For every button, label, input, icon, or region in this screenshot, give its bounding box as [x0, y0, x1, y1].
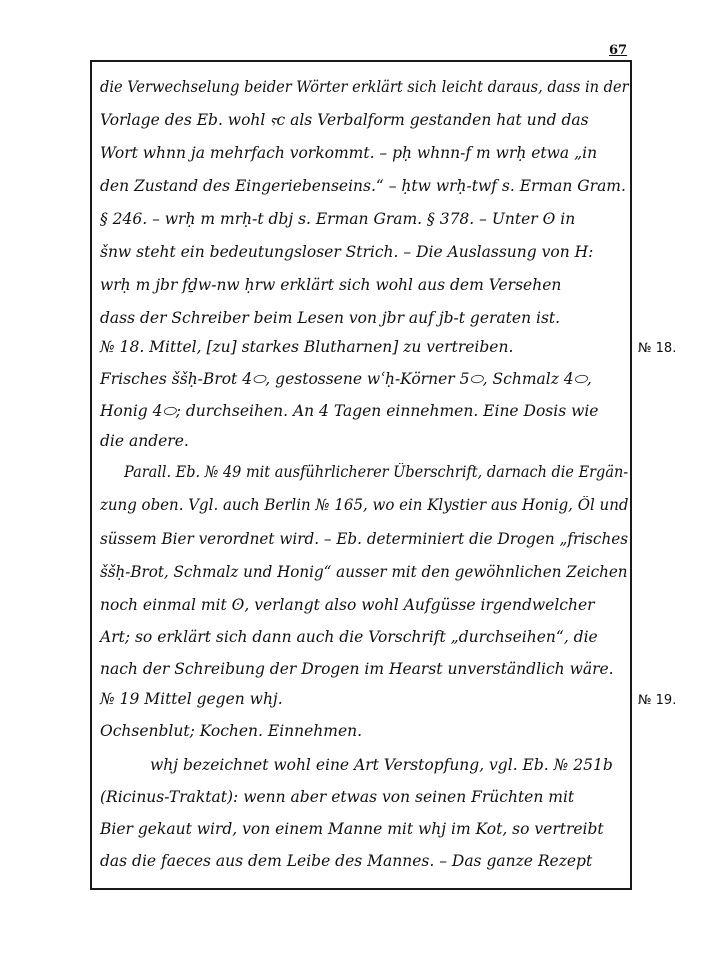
- text-line: wrḥ m jbr fḏw-nw ḥrw erklärt sich wohl a…: [100, 278, 561, 294]
- text-line: § 246. – wrḥ m mrḥ-t dbj s. Erman Gram. …: [100, 212, 575, 228]
- page-number: 67: [609, 44, 627, 57]
- text-line: nach der Schreibung der Drogen im Hearst…: [100, 662, 614, 678]
- text-line: ššḥ-Brot, Schmalz und Honig“ ausser mit …: [100, 565, 628, 581]
- text-line: das die faeces aus dem Leibe des Mannes.…: [100, 854, 592, 870]
- text-line: Honig 4⬭; durchseihen. An 4 Tagen einneh…: [100, 404, 598, 420]
- text-line: süssem Bier verordnet wird. – Eb. determ…: [100, 532, 628, 548]
- text-line: die andere.: [100, 434, 189, 450]
- text-line: den Zustand des Eingeriebenseins.“ – ḥtw…: [100, 179, 626, 195]
- margin-note-18: № 18.: [638, 342, 676, 355]
- margin-note-19: № 19.: [638, 694, 676, 707]
- text-line: Ochsenblut; Kochen. Einnehmen.: [100, 724, 362, 740]
- text-line: Vorlage des Eb. wohl ⲋc als Verbalform g…: [100, 113, 589, 129]
- text-line: dass der Schreiber beim Lesen von jbr au…: [100, 311, 560, 327]
- text-line: die Verwechselung beider Wörter erklärt …: [100, 80, 629, 96]
- text-line: Bier gekaut wird, von einem Manne mit wh…: [100, 822, 604, 838]
- text-line: zung oben. Vgl. auch Berlin № 165, wo ei…: [100, 498, 628, 514]
- text-line: whj bezeichnet wohl eine Art Verstopfung…: [150, 758, 613, 774]
- entry-heading-18: № 18. Mittel, [zu] starkes Blutharnen] z…: [100, 340, 513, 356]
- entry-heading-19: № 19 Mittel gegen whj.: [100, 692, 283, 708]
- text-line: Frisches ššḥ-Brot 4⬭, gestossene wʿḥ-Kör…: [100, 372, 592, 388]
- text-line: Wort whnn ja mehrfach vorkommt. – pḥ whn…: [100, 146, 597, 162]
- text-line: Art; so erklärt sich dann auch die Vorsc…: [100, 630, 598, 646]
- text-line: noch einmal mit ʘ, verlangt also wohl Au…: [100, 598, 595, 614]
- text-line: šnw steht ein bedeutungsloser Strich. – …: [100, 245, 593, 261]
- text-line: (Ricinus-Traktat): wenn aber etwas von s…: [100, 790, 574, 806]
- text-line: Parall. Eb. № 49 mit ausführlicherer Übe…: [124, 465, 628, 481]
